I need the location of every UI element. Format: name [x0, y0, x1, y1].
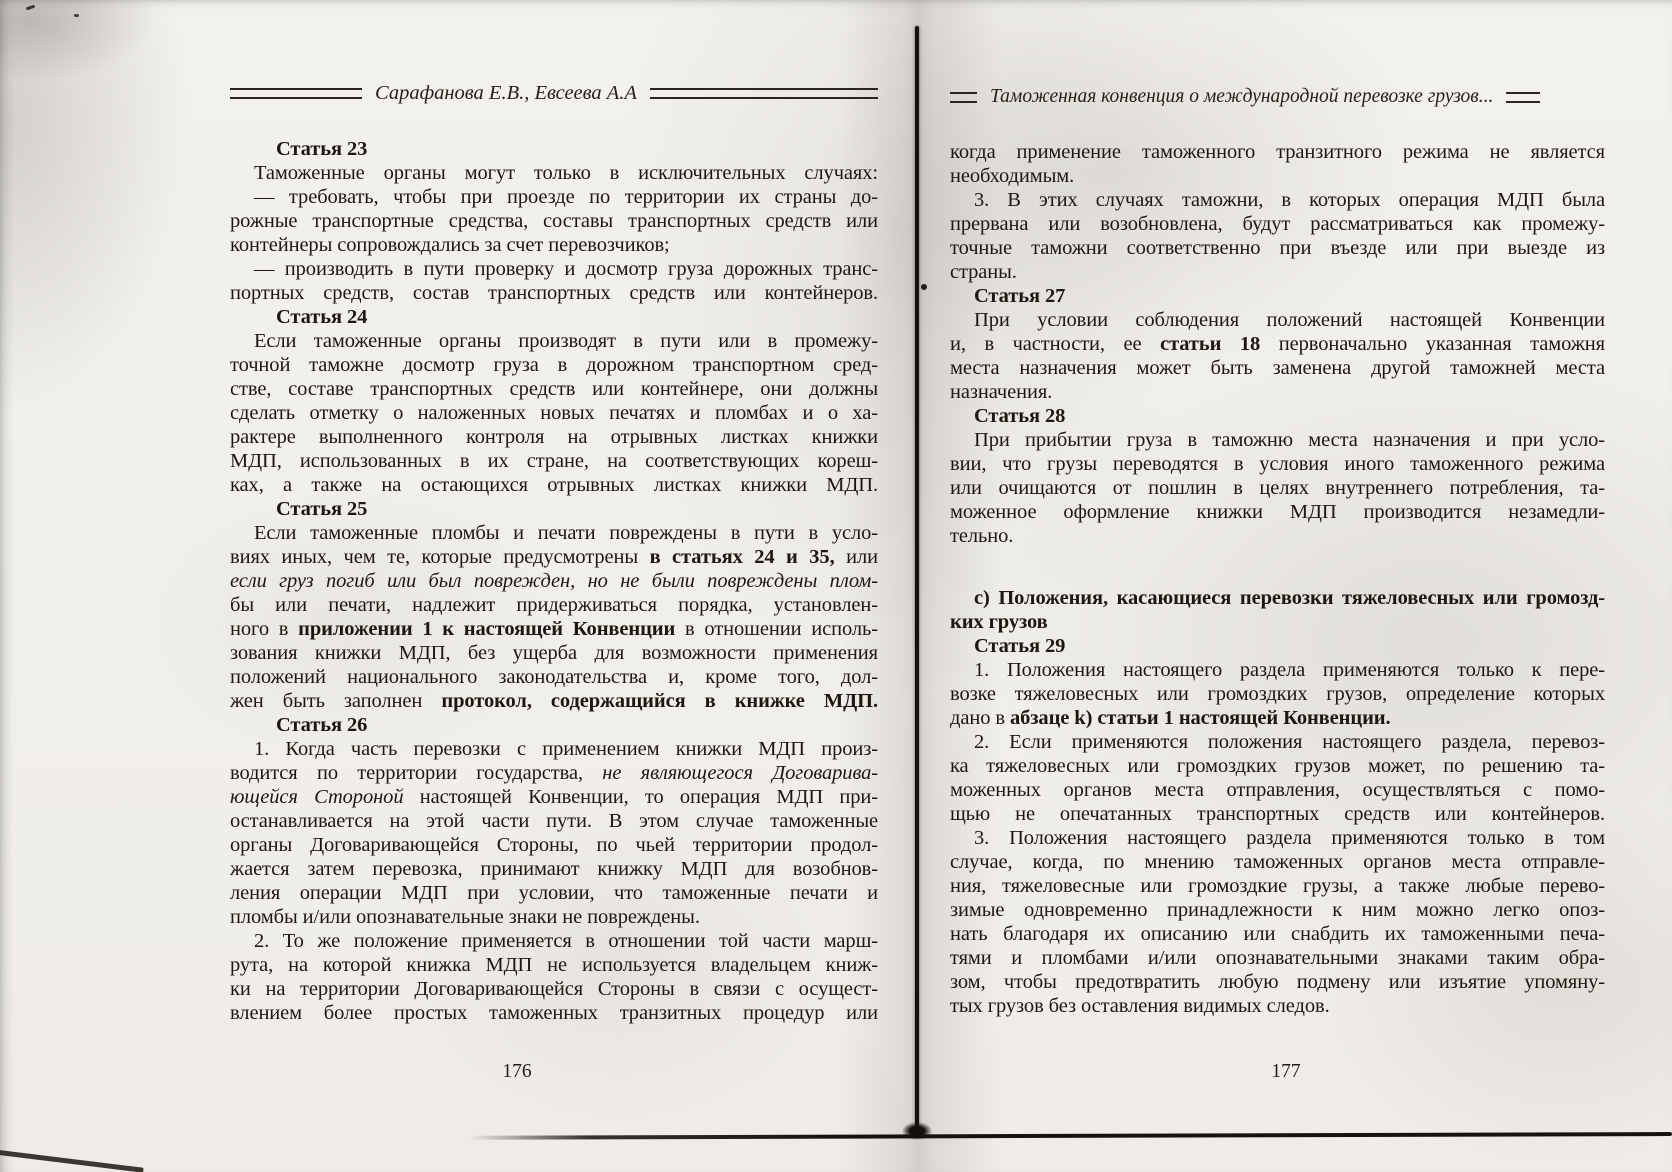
page-right-text-column: когда применение таможенного транзитного…	[950, 140, 1605, 1018]
text-line: случае, когда, по мнению таможенных орга…	[950, 850, 1605, 874]
text-line: необходимым.	[950, 164, 1605, 188]
text-line: контейнеры сопровождались за счет перево…	[230, 233, 878, 257]
header-rule	[1506, 92, 1540, 103]
text-line: виях иных, чем те, которые предусмотрены…	[230, 545, 878, 569]
text-line: — требовать, чтобы при проезде по террит…	[230, 185, 878, 209]
text-line: 1. Когда часть перевозки с применением к…	[230, 737, 878, 761]
text-line: ки на территории Договаривающейся Сторон…	[230, 977, 878, 1001]
running-head-author: Сарафанова Е.В., Евсеева А.А	[375, 82, 637, 105]
article-heading: Статья 25	[230, 497, 878, 521]
text-line: нать благодаря их описанию или снабдить …	[950, 922, 1605, 946]
text-line: моженных органов места отправления, осущ…	[950, 778, 1605, 802]
text-line: тями и пломбами и/или опознавательными з…	[950, 946, 1605, 970]
text-line: назначения.	[950, 380, 1605, 404]
text-line: места назначения может быть заменена дру…	[950, 356, 1605, 380]
text-line: останавливается на этой части пути. В эт…	[230, 809, 878, 833]
text-line: возке тяжеловесных или громоздких грузов…	[950, 682, 1605, 706]
text-line: Таможенные органы могут только в исключи…	[230, 161, 878, 185]
page-left-text-column: Статья 23Таможенные органы могут только …	[230, 137, 878, 1025]
article-heading: Статья 27	[950, 284, 1605, 308]
text-line: ного в приложении 1 к настоящей Конвенци…	[230, 617, 878, 641]
text-line: органы Договаривающейся Стороны, по чьей…	[230, 833, 878, 857]
article-heading: Статья 29	[950, 634, 1605, 658]
text-line: c) Положения, касающиеся перевозки тяжел…	[950, 586, 1605, 610]
book-spine-line	[915, 26, 919, 1134]
article-heading: Статья 26	[230, 713, 878, 737]
text-line: и, в частности, ее статьи 18 первоначаль…	[950, 332, 1605, 356]
text-line: или очищаются от пошлин в целях внутренн…	[950, 476, 1605, 500]
text-line: вии, что грузы переводятся в условия ино…	[950, 452, 1605, 476]
scanned-book-spread: Сарафанова Е.В., Евсеева А.А Таможенная …	[0, 0, 1672, 1172]
text-line: стве, составе транспортных средств или к…	[230, 377, 878, 401]
running-head-title: Таможенная конвенция о международной пер…	[990, 86, 1493, 108]
text-line: тельно.	[950, 524, 1605, 548]
text-line: 1. Положения настоящего раздела применяю…	[950, 658, 1605, 682]
page-bottom-edge	[468, 1132, 1672, 1140]
text-line: зимые одновременно принадлежности к ним …	[950, 898, 1605, 922]
text-line: При прибытии груза в таможню места назна…	[950, 428, 1605, 452]
text-line: 2. То же положение применяется в отношен…	[230, 929, 878, 953]
scan-speck	[26, 5, 35, 11]
header-rule	[230, 88, 362, 99]
scan-speck	[74, 14, 79, 17]
text-line: если груз погиб или был поврежден, но не…	[230, 569, 878, 593]
text-line: рактере выполненного контроля на отрывны…	[230, 425, 878, 449]
text-line: рожные транспортные средства, составы тр…	[230, 209, 878, 233]
text-line: ления операции МДП при условии, что тамо…	[230, 881, 878, 905]
text-line: страны.	[950, 260, 1605, 284]
text-line: дано в абзаце k) статьи 1 настоящей Конв…	[950, 706, 1605, 730]
text-line: влением более простых таможенных транзит…	[230, 1001, 878, 1025]
text-line: 3. Положения настоящего раздела применяю…	[950, 826, 1605, 850]
running-head-left: Сарафанова Е.В., Евсеева А.А	[230, 82, 878, 105]
article-heading: Статья 23	[230, 137, 878, 161]
text-line: тых грузов без оставления видимых следов…	[950, 994, 1605, 1018]
text-line: зом, чтобы предотвратить любую подмену и…	[950, 970, 1605, 994]
spine-edge-junction	[902, 1122, 932, 1140]
ink-dot-artifact	[921, 284, 927, 290]
text-line: — производить в пути проверку и досмотр …	[230, 257, 878, 281]
text-line: ка тяжеловесных или громоздких грузов мо…	[950, 754, 1605, 778]
text-line: сделать отметку о наложенных новых печат…	[230, 401, 878, 425]
text-line: При условии соблюдения положений настоящ…	[950, 308, 1605, 332]
text-line: рута, на которой книжка МДП не используе…	[230, 953, 878, 977]
text-line: точные таможни соответственно при въезде…	[950, 236, 1605, 260]
corner-scan-artifact	[0, 1148, 144, 1172]
text-line: положений национального законодательства…	[230, 665, 878, 689]
text-line: щью не опечатанных транспортных средств …	[950, 802, 1605, 826]
text-line: ющейся Стороной настоящей Конвенции, то …	[230, 785, 878, 809]
page-number-left: 176	[482, 1061, 552, 1083]
text-line: когда применение таможенного транзитного…	[950, 140, 1605, 164]
text-line: Если таможенные органы производят в пути…	[230, 329, 878, 353]
text-line: ния, тяжеловесные или громоздкие грузы, …	[950, 874, 1605, 898]
header-rule	[950, 92, 977, 103]
article-heading: Статья 28	[950, 404, 1605, 428]
text-line: 2. Если применяются положения настоящего…	[950, 730, 1605, 754]
text-line: портных средств, состав транспортных сре…	[230, 281, 878, 305]
text-line: точной таможне досмотр груза в дорожном …	[230, 353, 878, 377]
text-line: бы или печати, надлежит придерживаться п…	[230, 593, 878, 617]
text-line: жен быть заполнен протокол, содержащийся…	[230, 689, 878, 713]
running-head-right: Таможенная конвенция о международной пер…	[950, 86, 1632, 108]
header-rule	[650, 88, 878, 99]
text-line: прервана или возобновлена, будут рассмат…	[950, 212, 1605, 236]
text-line: МДП, использованных в их стране, на соот…	[230, 449, 878, 473]
text-line: ких грузов	[950, 610, 1605, 634]
text-line: 3. В этих случаях таможни, в которых опе…	[950, 188, 1605, 212]
text-line: жается затем перевозка, принимают книжку…	[230, 857, 878, 881]
text-line: Если таможенные пломбы и печати поврежде…	[230, 521, 878, 545]
text-line: моженное оформление книжки МДП производи…	[950, 500, 1605, 524]
text-line: пломбы и/или опознавательные знаки не по…	[230, 905, 878, 929]
article-heading: Статья 24	[230, 305, 878, 329]
text-line: зования книжки МДП, без ущерба для возмо…	[230, 641, 878, 665]
text-line: ках, а также на остающихся отрывных лист…	[230, 473, 878, 497]
page-number-right: 177	[1251, 1061, 1321, 1083]
text-line: водится по территории государства, не яв…	[230, 761, 878, 785]
